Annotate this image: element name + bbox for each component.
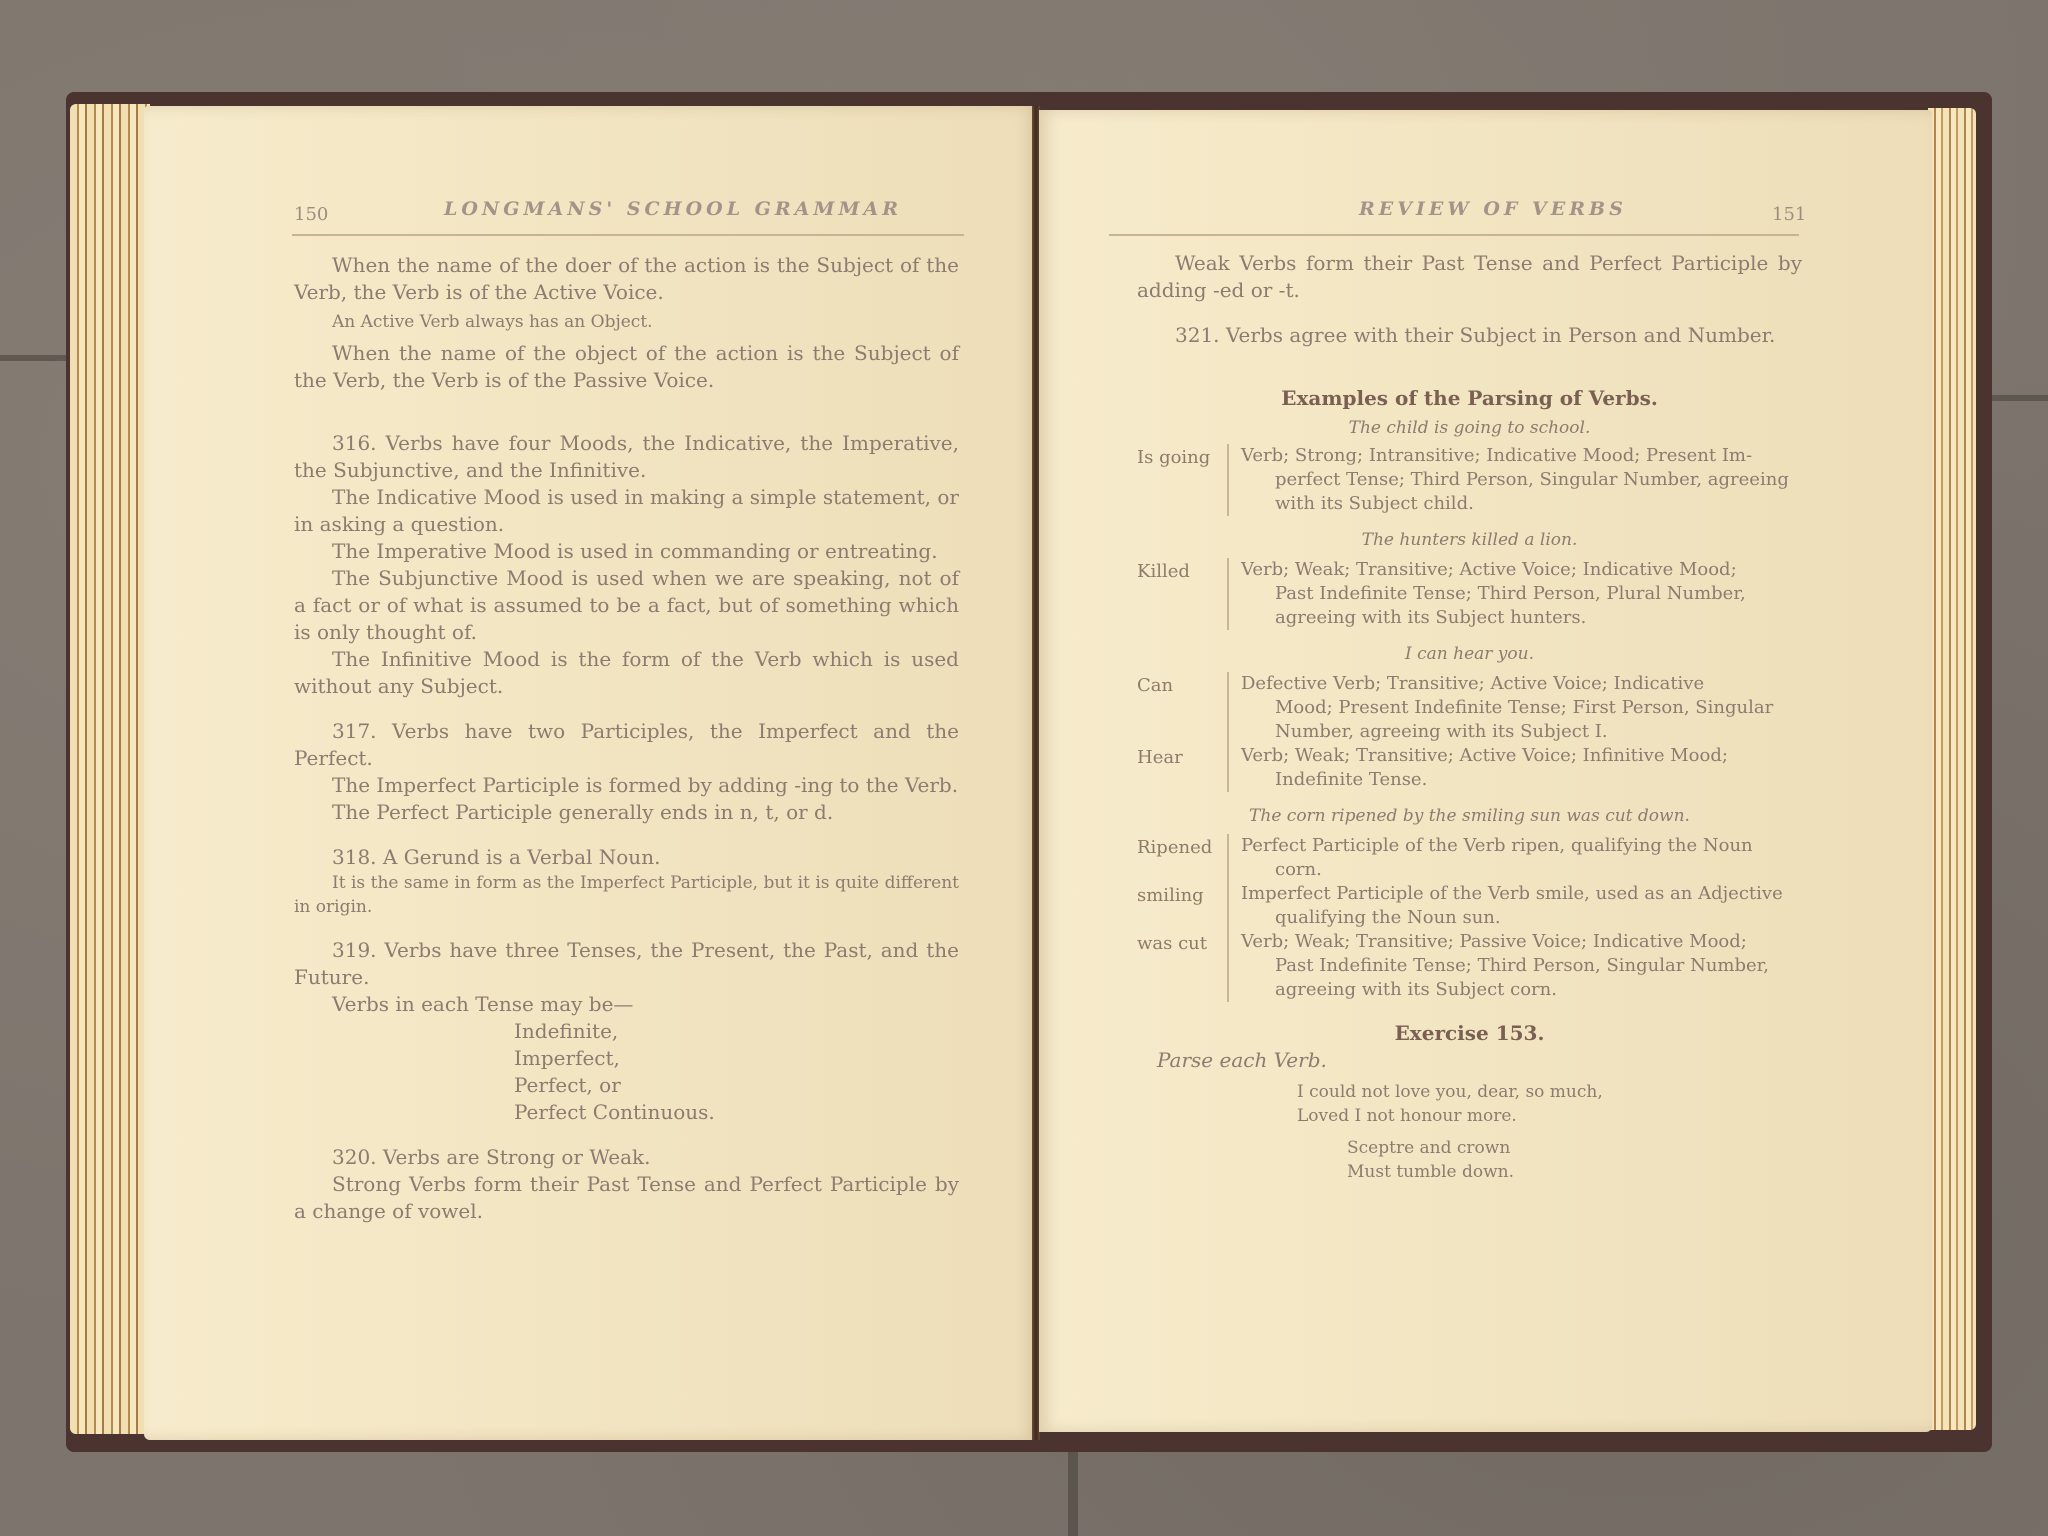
left-page: 150 LONGMANS' SCHOOL GRAMMAR When the na… — [144, 106, 1037, 1440]
parse-label: smiling — [1137, 882, 1227, 930]
parse-description: Imperfect Participle of the Verb smile, … — [1227, 882, 1802, 930]
parse-description: Verb; Weak; Transitive; Active Voice; In… — [1227, 744, 1802, 792]
parse-row: Hear Verb; Weak; Transitive; Active Voic… — [1137, 744, 1802, 792]
verse-line: Sceptre and crown — [1347, 1136, 1802, 1160]
tense-form: Perfect Continuous. — [514, 1099, 959, 1126]
note-gerund: It is the same in form as the Imperfect … — [294, 871, 959, 919]
right-page: REVIEW OF VERBS 151 Weak Verbs form thei… — [1039, 110, 1932, 1432]
example-sentence: The hunters killed a lion. — [1137, 528, 1802, 552]
paragraph-passive-voice: When the name of the object of the actio… — [294, 340, 959, 394]
tense-form: Perfect, or — [514, 1072, 959, 1099]
parse-line: corn. — [1241, 858, 1802, 882]
section-319: 319. Verbs have three Tenses, the Presen… — [294, 937, 959, 991]
parse-line: Imperfect Participle of the Verb smile, … — [1241, 882, 1802, 906]
tense-form: Indefinite, — [514, 1018, 959, 1045]
verse-2: Sceptre and crown Must tumble down. — [1347, 1136, 1802, 1184]
note-active-verb: An Active Verb always has an Object. — [294, 310, 959, 334]
tense-form: Imperfect, — [514, 1045, 959, 1072]
parse-line: Defective Verb; Transitive; Active Voice… — [1241, 672, 1802, 696]
paragraph-weak-verbs: Weak Verbs form their Past Tense and Per… — [1137, 250, 1802, 304]
paragraph-imperfect-participle: The Imperfect Participle is formed by ad… — [294, 772, 959, 799]
examples-heading: Examples of the Parsing of Verbs. — [1137, 385, 1802, 412]
parse-line: Mood; Present Indefinite Tense; First Pe… — [1241, 696, 1802, 720]
running-head: LONGMANS' SCHOOL GRAMMAR — [444, 198, 902, 220]
parse-row: Killed Verb; Weak; Transitive; Active Vo… — [1137, 558, 1802, 630]
right-page-edges — [1928, 108, 1976, 1430]
paragraph-infinitive: The Infinitive Mood is the form of the V… — [294, 646, 959, 700]
tense-forms-list: Indefinite, Imperfect, Perfect, or Perfe… — [514, 1018, 959, 1126]
exercise-instruction: Parse each Verb. — [1157, 1047, 1802, 1074]
parse-row: Is going Verb; Strong; Intransitive; Ind… — [1137, 444, 1802, 516]
parse-description: Perfect Participle of the Verb ripen, qu… — [1227, 834, 1802, 882]
parse-line: Indefinite Tense. — [1241, 768, 1802, 792]
parse-line: agreeing with its Subject hunters. — [1241, 606, 1802, 630]
paragraph-imperative: The Imperative Mood is used in commandin… — [294, 538, 959, 565]
paragraph-active-voice: When the name of the doer of the action … — [294, 252, 959, 306]
paragraph-strong-verbs: Strong Verbs form their Past Tense and P… — [294, 1171, 959, 1225]
left-page-edges — [70, 104, 150, 1434]
example-sentence: The child is going to school. — [1137, 416, 1802, 440]
paragraph-perfect-participle: The Perfect Participle generally ends in… — [294, 799, 959, 826]
section-318: 318. A Gerund is a Verbal Noun. — [294, 844, 959, 871]
parse-label: Killed — [1137, 558, 1227, 630]
paragraph-subjunctive: The Subjunctive Mood is used when we are… — [294, 565, 959, 646]
section-316: 316. Verbs have four Moods, the Indicati… — [294, 430, 959, 484]
parse-line: Verb; Weak; Transitive; Passive Voice; I… — [1241, 930, 1802, 954]
section-321: 321. Verbs agree with their Subject in P… — [1137, 322, 1802, 349]
verse-line: I could not love you, dear, so much, — [1297, 1080, 1802, 1104]
verse-line: Loved I not honour more. — [1297, 1104, 1802, 1128]
parse-line: Past Indefinite Tense; Third Person, Plu… — [1241, 582, 1802, 606]
parse-line: Verb; Weak; Transitive; Active Voice; In… — [1241, 558, 1802, 582]
verse-line: Must tumble down. — [1347, 1160, 1802, 1184]
parse-row: Can Defective Verb; Transitive; Active V… — [1137, 672, 1802, 744]
paragraph-indicative: The Indicative Mood is used in making a … — [294, 484, 959, 538]
page-number: 150 — [294, 204, 328, 225]
floor-tile-seam — [1990, 395, 2048, 401]
parse-description: Defective Verb; Transitive; Active Voice… — [1227, 672, 1802, 744]
page-number: 151 — [1772, 204, 1806, 225]
left-page-body: When the name of the doer of the action … — [294, 252, 959, 1225]
running-head: REVIEW OF VERBS — [1359, 198, 1627, 220]
parse-line: agreeing with its Subject corn. — [1241, 978, 1802, 1002]
parse-line: Verb; Strong; Intransitive; Indicative M… — [1241, 444, 1802, 468]
parse-description: Verb; Weak; Transitive; Passive Voice; I… — [1227, 930, 1802, 1002]
parse-row: Ripened Perfect Participle of the Verb r… — [1137, 834, 1802, 882]
parse-line: Verb; Weak; Transitive; Active Voice; In… — [1241, 744, 1802, 768]
right-page-body: Weak Verbs form their Past Tense and Per… — [1137, 250, 1802, 1184]
header-rule — [292, 234, 964, 236]
parse-row: was cut Verb; Weak; Transitive; Passive … — [1137, 930, 1802, 1002]
section-317: 317. Verbs have two Participles, the Imp… — [294, 718, 959, 772]
exercise-heading: Exercise 153. — [1137, 1020, 1802, 1047]
parse-label: Hear — [1137, 744, 1227, 792]
tense-intro: Verbs in each Tense may be— — [294, 991, 959, 1018]
floor-tile-seam — [1068, 1450, 1078, 1536]
verse-1: I could not love you, dear, so much, Lov… — [1297, 1080, 1802, 1128]
parse-line: Perfect Participle of the Verb ripen, qu… — [1241, 834, 1802, 858]
example-sentence: The corn ripened by the smiling sun was … — [1137, 804, 1802, 828]
floor-tile-seam — [0, 355, 75, 361]
parse-label: Can — [1137, 672, 1227, 744]
header-rule — [1109, 234, 1799, 236]
parse-line: Past Indefinite Tense; Third Person, Sin… — [1241, 954, 1802, 978]
parse-line: qualifying the Noun sun. — [1241, 906, 1802, 930]
parse-label: Is going — [1137, 444, 1227, 516]
parse-line: with its Subject child. — [1241, 492, 1802, 516]
parse-label: Ripened — [1137, 834, 1227, 882]
section-320: 320. Verbs are Strong or Weak. — [294, 1144, 959, 1171]
parse-label: was cut — [1137, 930, 1227, 1002]
example-sentence: I can hear you. — [1137, 642, 1802, 666]
parse-description: Verb; Strong; Intransitive; Indicative M… — [1227, 444, 1802, 516]
parse-description: Verb; Weak; Transitive; Active Voice; In… — [1227, 558, 1802, 630]
parse-line: perfect Tense; Third Person, Singular Nu… — [1241, 468, 1802, 492]
parse-row: smiling Imperfect Participle of the Verb… — [1137, 882, 1802, 930]
parse-line: Number, agreeing with its Subject I. — [1241, 720, 1802, 744]
